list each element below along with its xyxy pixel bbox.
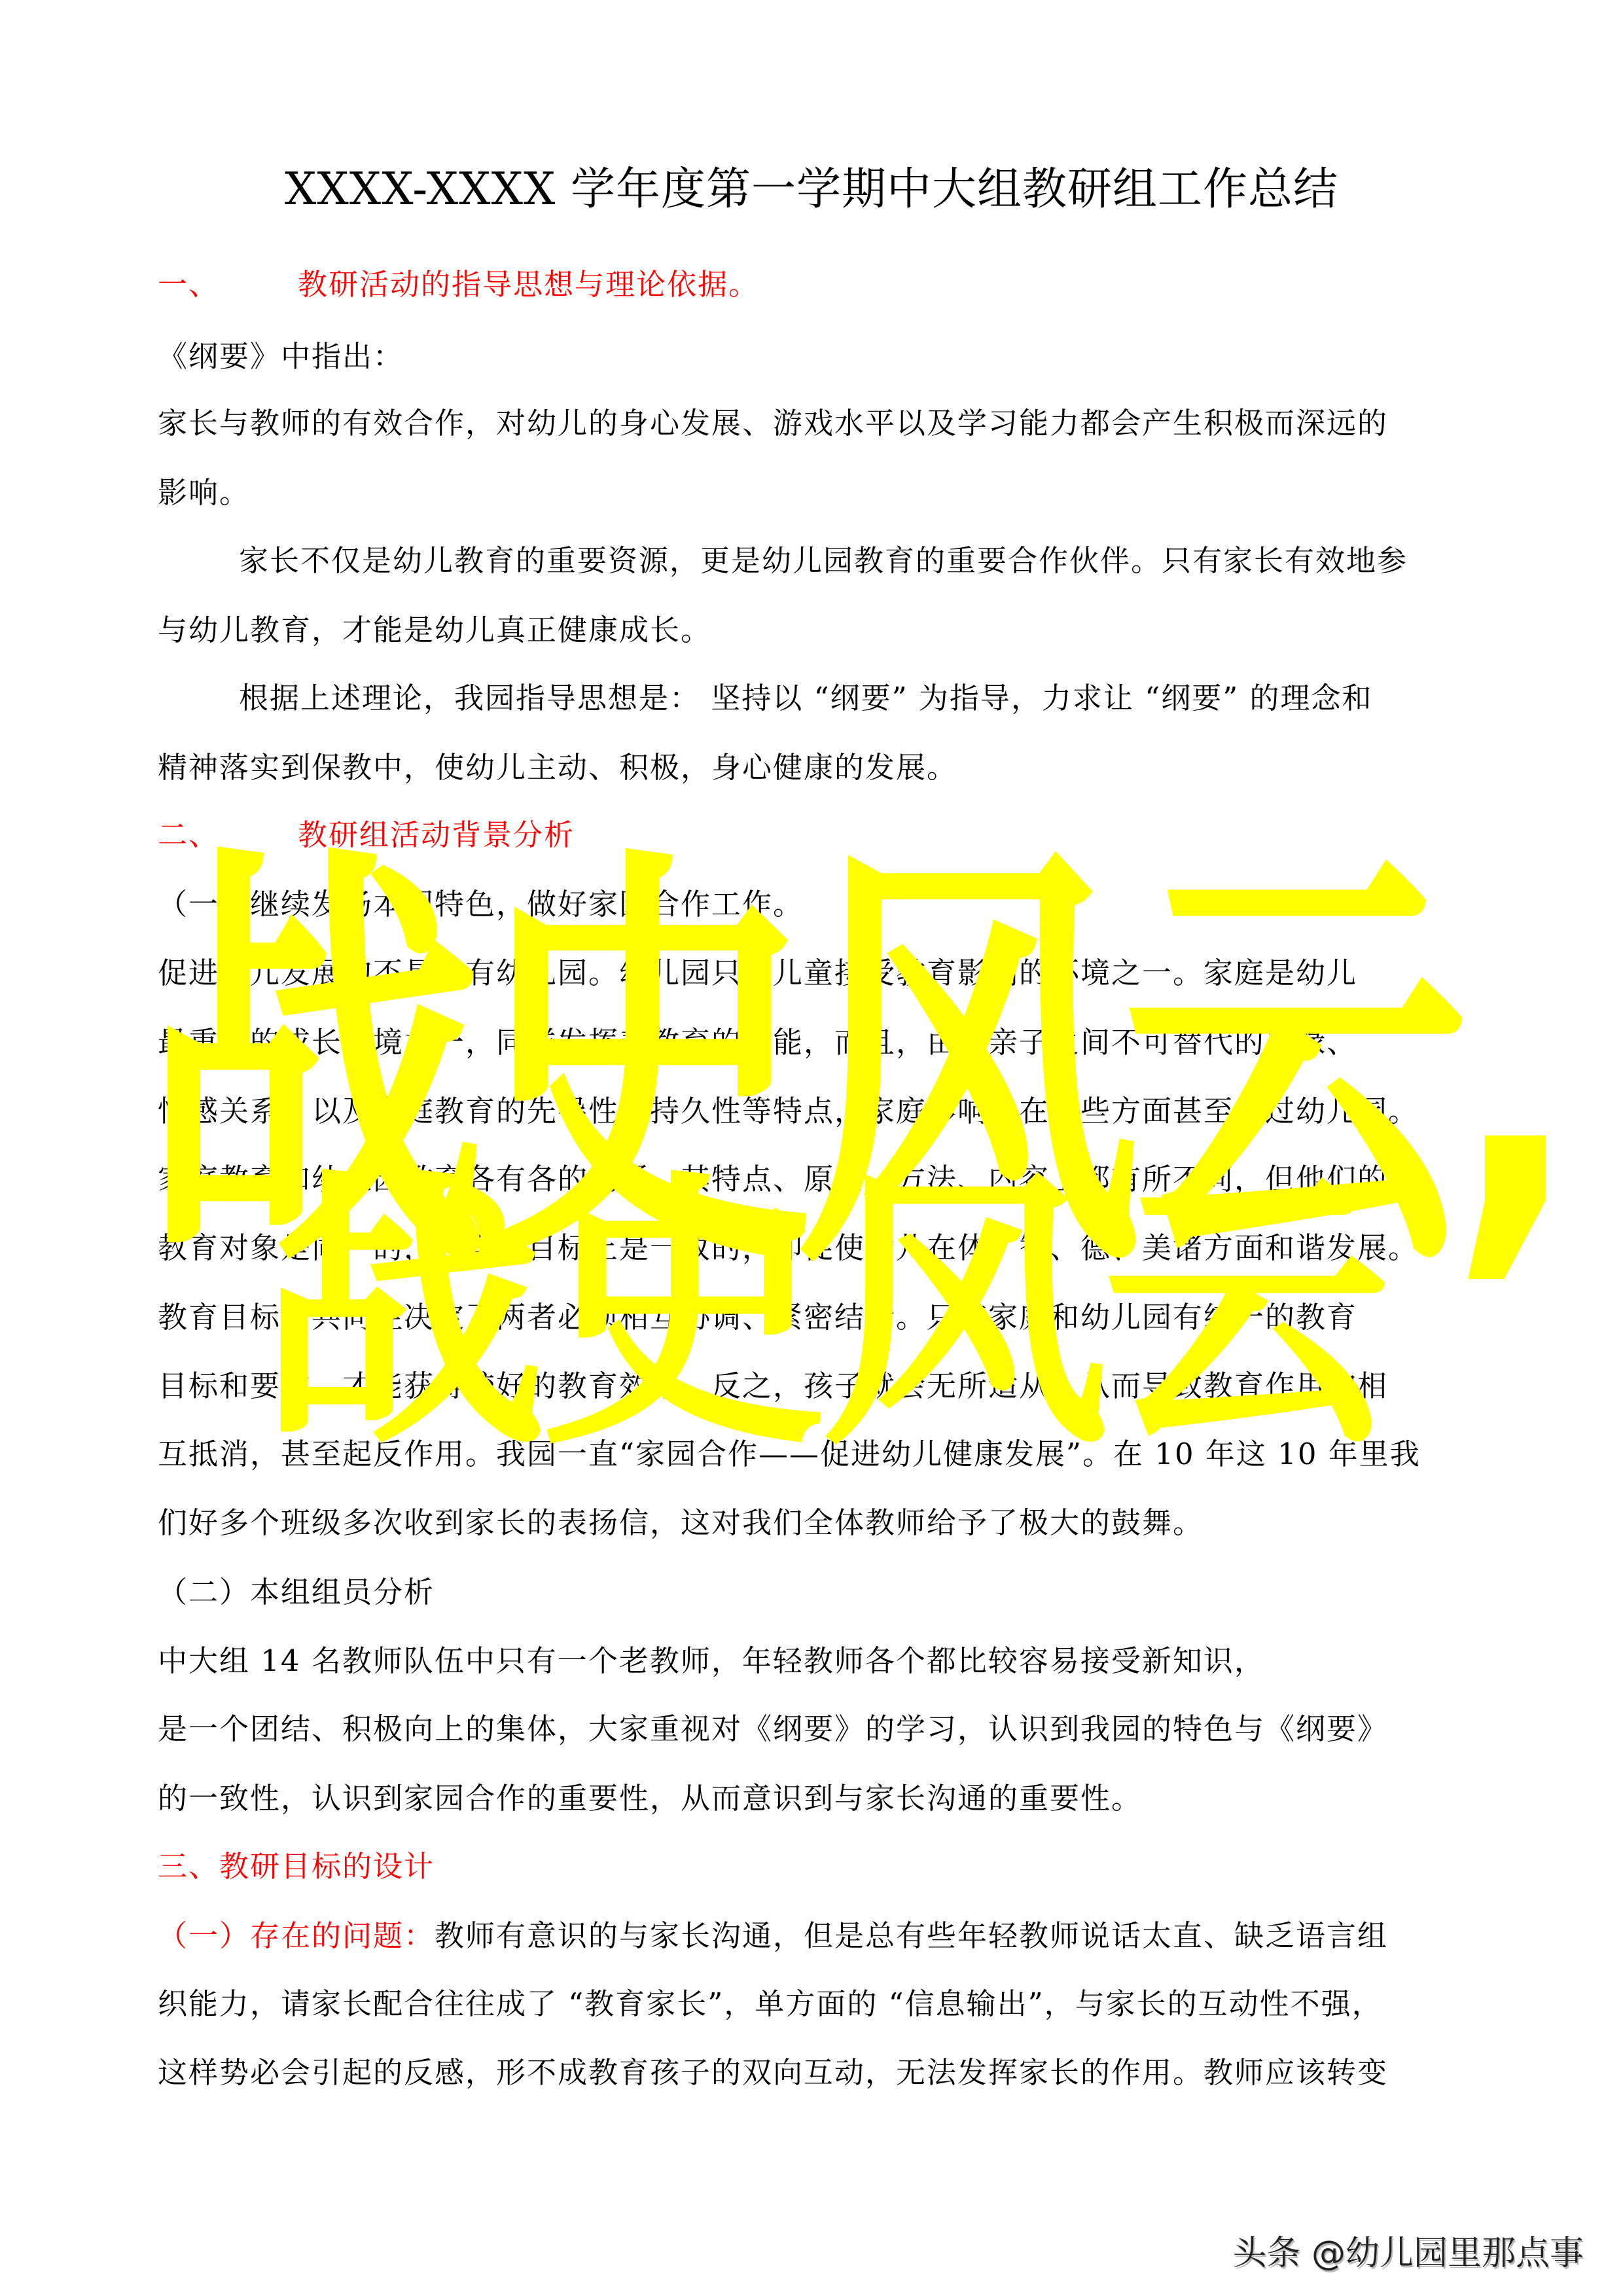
paragraph-line: 家长与教师的有效合作，对幼儿的身心发展、游戏水平以及学习能力都会产生积极而深远的 <box>158 404 1480 443</box>
section-1-title: 教研活动的指导思想与理论依据。 <box>298 267 759 302</box>
paragraph-line: 与幼儿教育，才能是幼儿真正健康成长。 <box>158 611 1480 650</box>
paragraph-line: 《纲要》中指出： <box>158 337 1480 376</box>
document-page: XXXX-XXXX 学年度第一学期中大组教研组工作总结 一、教研活动的指导思想与… <box>0 0 1623 2296</box>
paragraph-line: 根据上述理论，我园指导思想是： 坚持以 “纲要” 为指导，力求让 “纲要” 的理… <box>239 679 1480 718</box>
paragraph-line: 这样势必会引起的反感，形不成教育孩子的双向互动，无法发挥家长的作用。教师应该转变 <box>158 2053 1480 2092</box>
subsection-heading: （二）本组组员分析 <box>158 1573 1480 1612</box>
paragraph-line: 互抵消，甚至起反作用。我园一直“家园合作——促进幼儿健康发展”。在 10 年这 … <box>158 1435 1480 1474</box>
subsection-heading: （一）继续发扬本园特色，做好家园合作工作。 <box>158 885 1480 924</box>
paragraph-line: 促进幼儿发展的不是只有幼儿园。幼儿园只是儿童接受教育影响的环境之一。家庭是幼儿 <box>158 954 1480 993</box>
paragraph-line: 家庭教育和幼儿园教育各有各的内涵，其特点、原则、方法、内容上都有所不同，但他们的 <box>158 1160 1480 1199</box>
paragraph-line: （一）存在的问题：教师有意识的与家长沟通，但是总有些年轻教师说话太直、缺乏语言组 <box>158 1916 1480 1956</box>
section-2-heading: 二、教研组活动背景分析 <box>158 816 1480 855</box>
paragraph-line: 的一致性，认识到家园合作的重要性，从而意识到与家长沟通的重要性。 <box>158 1779 1480 1818</box>
section-1-heading: 一、教研活动的指导思想与理论依据。 <box>158 265 1480 304</box>
section-3-heading: 三、教研目标的设计 <box>158 1847 1480 1886</box>
problem-text: 教师有意识的与家长沟通，但是总有些年轻教师说话太直、缺乏语言组 <box>435 1918 1388 1953</box>
paragraph-line: 织能力，请家长配合往往成了 “教育家长”，单方面的 “信息输出”，与家长的互动性… <box>158 1984 1480 2024</box>
paragraph-line: 目标和要求，才能获得较好的教育效果，反之，孩子就会无所适从，从而导致教育作用的相 <box>158 1367 1480 1406</box>
document-title: XXXX-XXXX 学年度第一学期中大组教研组工作总结 <box>0 160 1623 219</box>
section-2-title: 教研组活动背景分析 <box>298 817 575 852</box>
section-1-number: 一、 <box>158 267 219 302</box>
problem-label: （一）存在的问题： <box>158 1918 435 1953</box>
section-2-number: 二、 <box>158 817 219 852</box>
paragraph-line: 们好多个班级多次收到家长的表扬信，这对我们全体教师给予了极大的鼓舞。 <box>158 1503 1480 1543</box>
paragraph-line: 教育对象是同一的，在教育目标上是一致的，即促使幼儿在体、智、德、美诸方面和谐发展… <box>158 1229 1480 1268</box>
paragraph-line: 中大组 14 名教师队伍中只有一个老教师，年轻教师各个都比较容易接受新知识， <box>158 1641 1480 1681</box>
paragraph-line: 最重要的成长环境之一，同样发挥着教育的功能，而且，由于亲子之间不可替代的血缘、 <box>158 1023 1480 1062</box>
paragraph-line: 影响。 <box>158 473 1480 512</box>
paragraph-line: 教育目标的共同性决定了两者必须相互协调、紧密结合。只有家庭和幼儿园有统一的教育 <box>158 1298 1480 1337</box>
paragraph-line: 精神落实到保教中，使幼儿主动、积极，身心健康的发展。 <box>158 748 1480 787</box>
paragraph-line: 是一个团结、积极向上的集体，大家重视对《纲要》的学习，认识到我园的特色与《纲要》 <box>158 1710 1480 1749</box>
paragraph-line: 家长不仅是幼儿教育的重要资源，更是幼儿园教育的重要合作伙伴。只有家长有效地参 <box>239 541 1480 581</box>
watermark: 头条 @幼儿园里那点事 <box>1232 2225 1584 2274</box>
paragraph-line: 情感关系，以及家庭教育的先导性、持久性等特点，家庭影响力在某些方面甚至超过幼儿园… <box>158 1092 1480 1131</box>
